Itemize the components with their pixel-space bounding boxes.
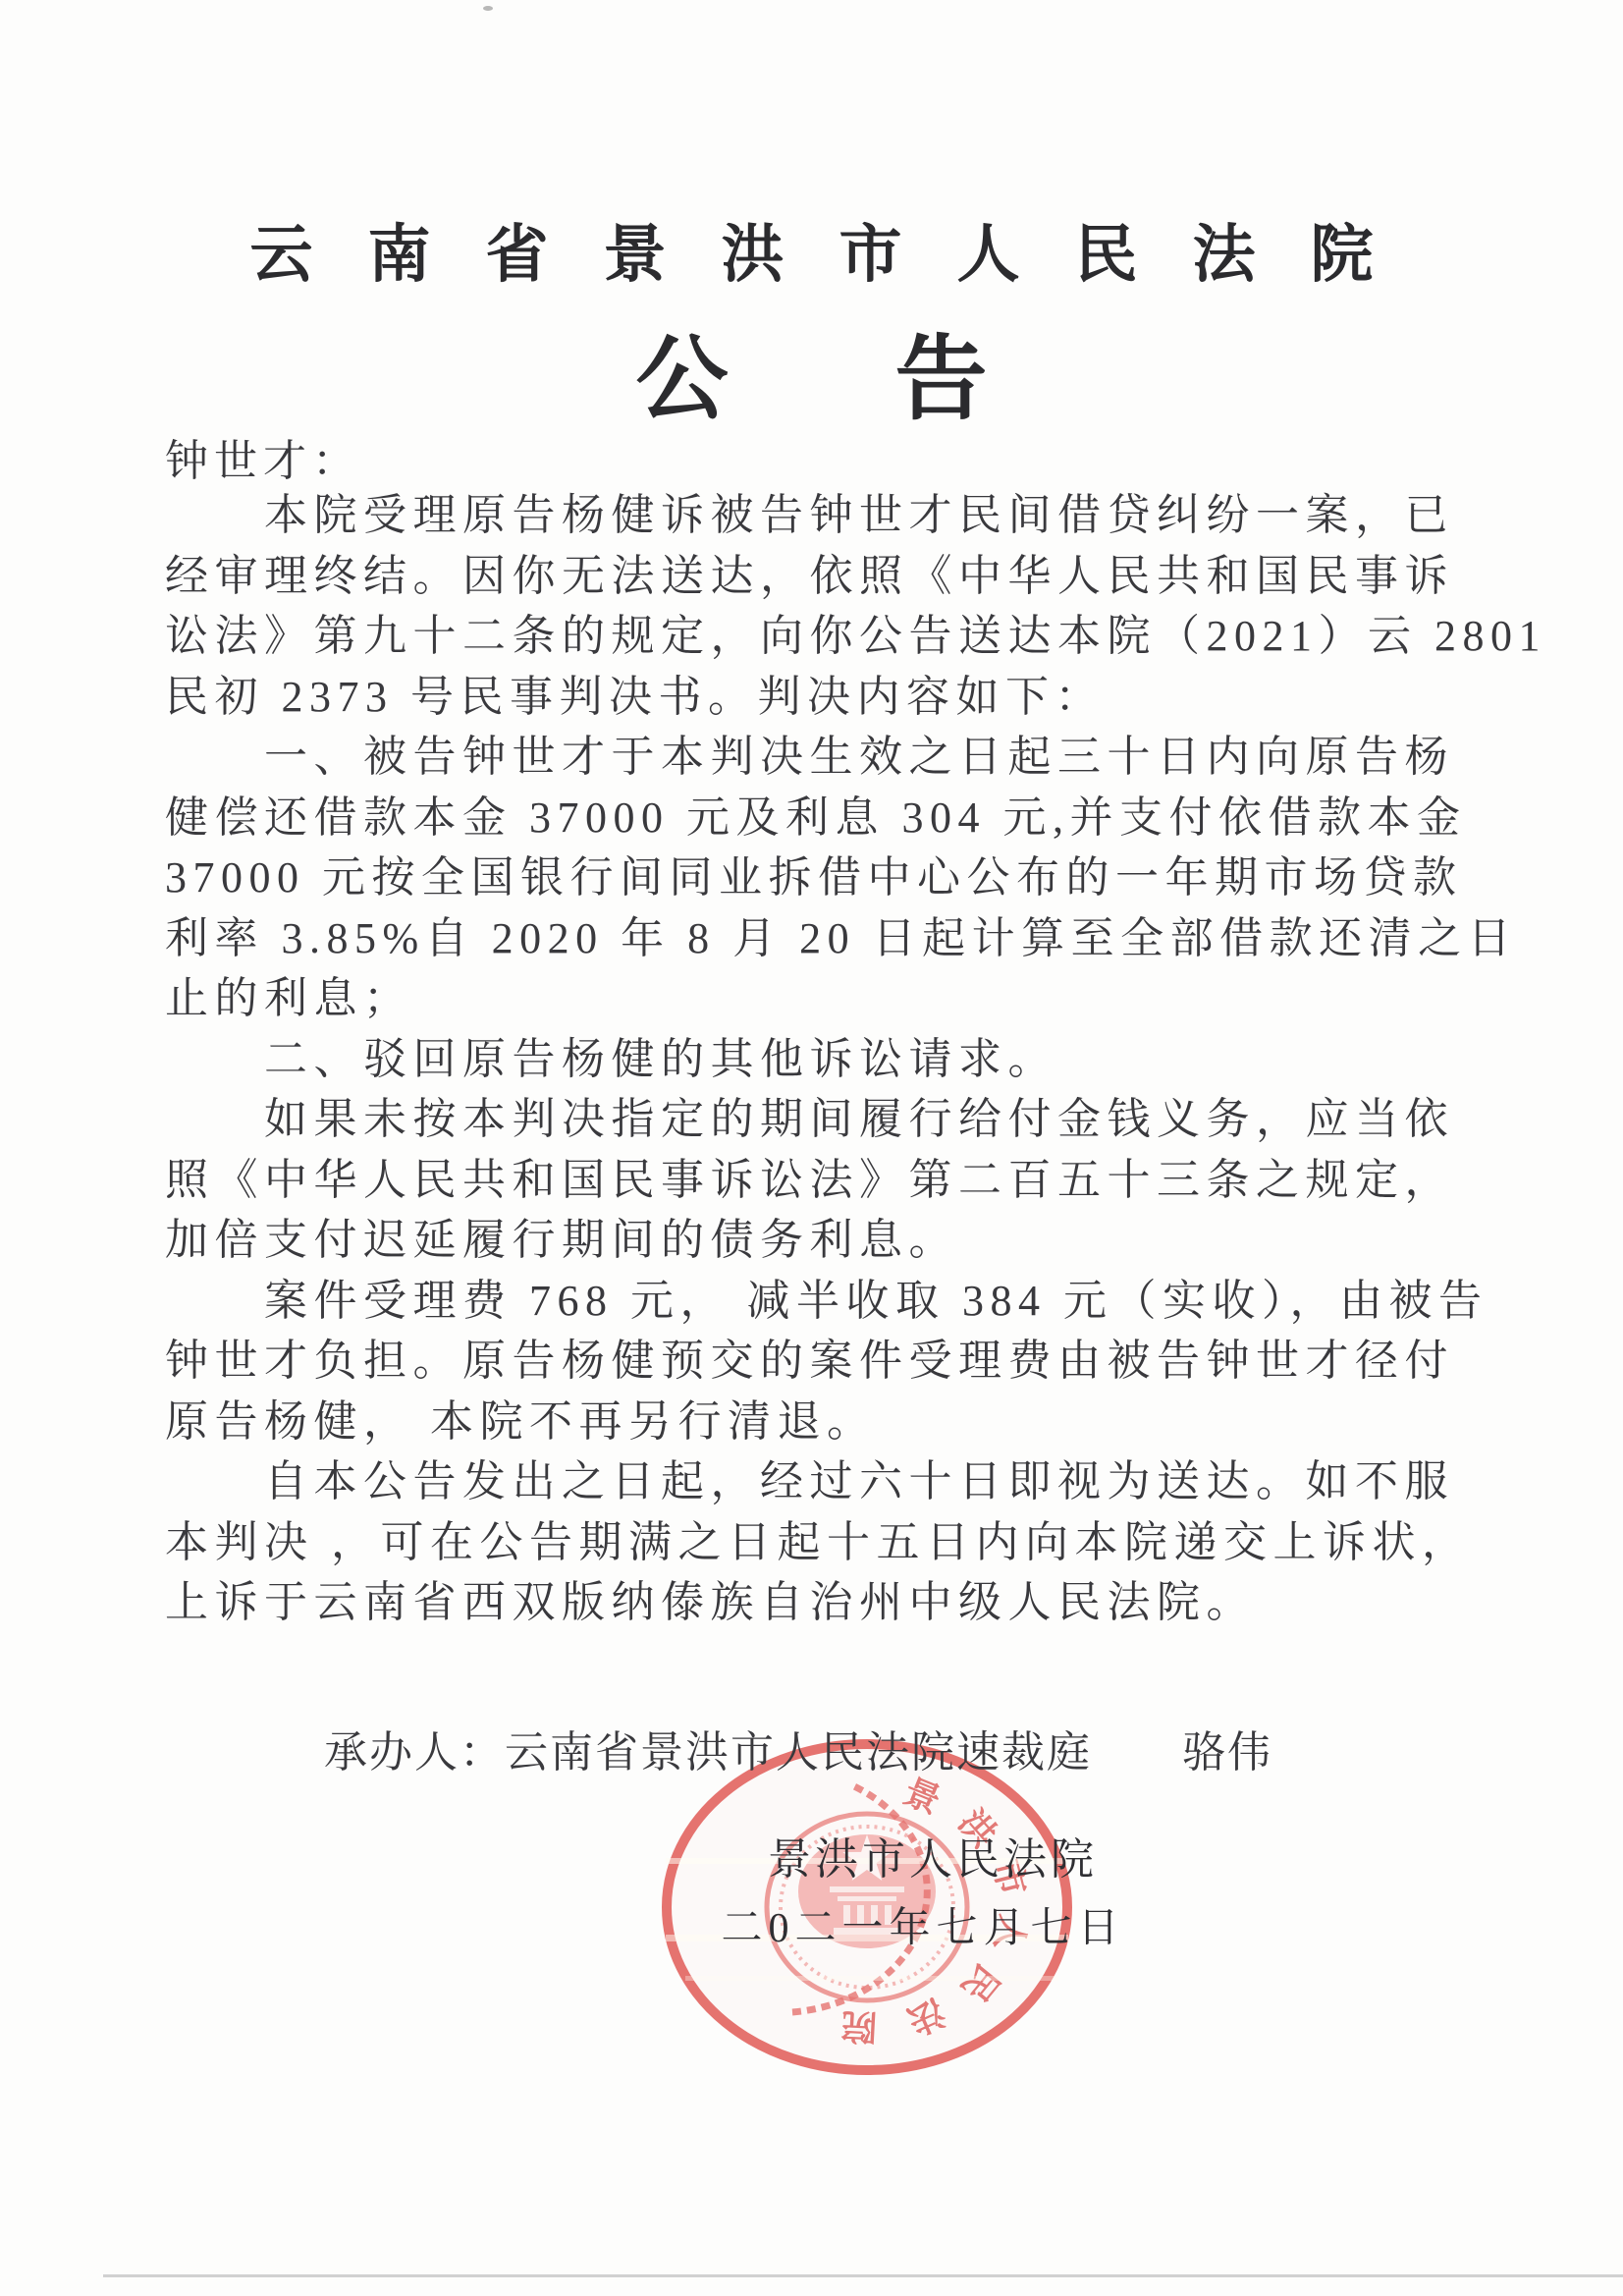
court-announcement-page: 云南省景洪市人民法院 公告 钟世才： 本院受理原告杨健诉被告钟世才民间借贷纠纷一…	[0, 0, 1623, 2296]
scan-artifact-speck	[483, 6, 493, 11]
body-line: 37000 元按全国银行间同业拆借中心公布的一年期市场贷款	[165, 847, 1486, 908]
undertaker-line: 承办人：云南省景洪市人民法院速裁庭 骆伟	[324, 1717, 1272, 1779]
body-line: 照《中华人民共和国民事诉讼法》第二百五十三条之规定，	[165, 1150, 1486, 1211]
seal-ring-char: 院	[840, 2005, 878, 2048]
body-text: 本院受理原告杨健诉被告钟世才民间借贷纠纷一案，已经审理终结。因你无法送达，依照《…	[165, 485, 1486, 1633]
body-line: 加倍支付迟延履行期间的债务利息。	[165, 1210, 1486, 1271]
body-line: 本院受理原告杨健诉被告钟世才民间借贷纠纷一案，已	[165, 485, 1486, 546]
document-title: 公告	[0, 304, 1623, 437]
body-line: 经审理终结。因你无法送达，依照《中华人民共和国民事诉	[165, 546, 1486, 607]
body-line: 上诉于云南省西双版纳傣族自治州中级人民法院。	[165, 1572, 1486, 1633]
body-line: 钟世才负担。原告杨健预交的案件受理费由被告钟世才径付	[165, 1331, 1486, 1392]
body-line: 自本公告发出之日起，经过六十日即视为送达。如不服	[165, 1451, 1486, 1512]
scan-edge-line	[103, 2274, 1623, 2277]
body-line: 止的利息；	[165, 968, 1486, 1029]
body-line: 讼法》第九十二条的规定，向你公告送达本院（2021）云 2801	[165, 606, 1486, 667]
signature-date: 二0二一年七月七日	[619, 1895, 1227, 1954]
body-line: 二、驳回原告杨健的其他诉讼请求。	[165, 1029, 1486, 1090]
body-line: 利率 3.85%自 2020 年 8 月 20 日起计算至全部借款还清之日	[165, 908, 1486, 969]
body-line: 一、被告钟世才于本判决生效之日起三十日内向原告杨	[165, 727, 1486, 788]
signature-court-name: 景洪市人民法院	[628, 1824, 1237, 1886]
body-line: 案件受理费 768 元， 减半收取 384 元（实收），由被告	[165, 1271, 1486, 1332]
body-line: 健偿还借款本金 37000 元及利息 304 元,并支付依借款本金	[165, 788, 1486, 848]
addressee-line: 钟世才：	[165, 425, 361, 488]
court-name-header: 云南省景洪市人民法院	[0, 204, 1623, 295]
body-line: 本判决 ，可在公告期满之日起十五日内向本院递交上诉状，	[165, 1512, 1486, 1573]
body-line: 原告杨健， 本院不再另行清退。	[165, 1392, 1486, 1452]
body-line: 民初 2373 号民事判决书。判决内容如下：	[165, 667, 1486, 728]
body-line: 如果未按本判决指定的期间履行给付金钱义务，应当依	[165, 1089, 1486, 1150]
